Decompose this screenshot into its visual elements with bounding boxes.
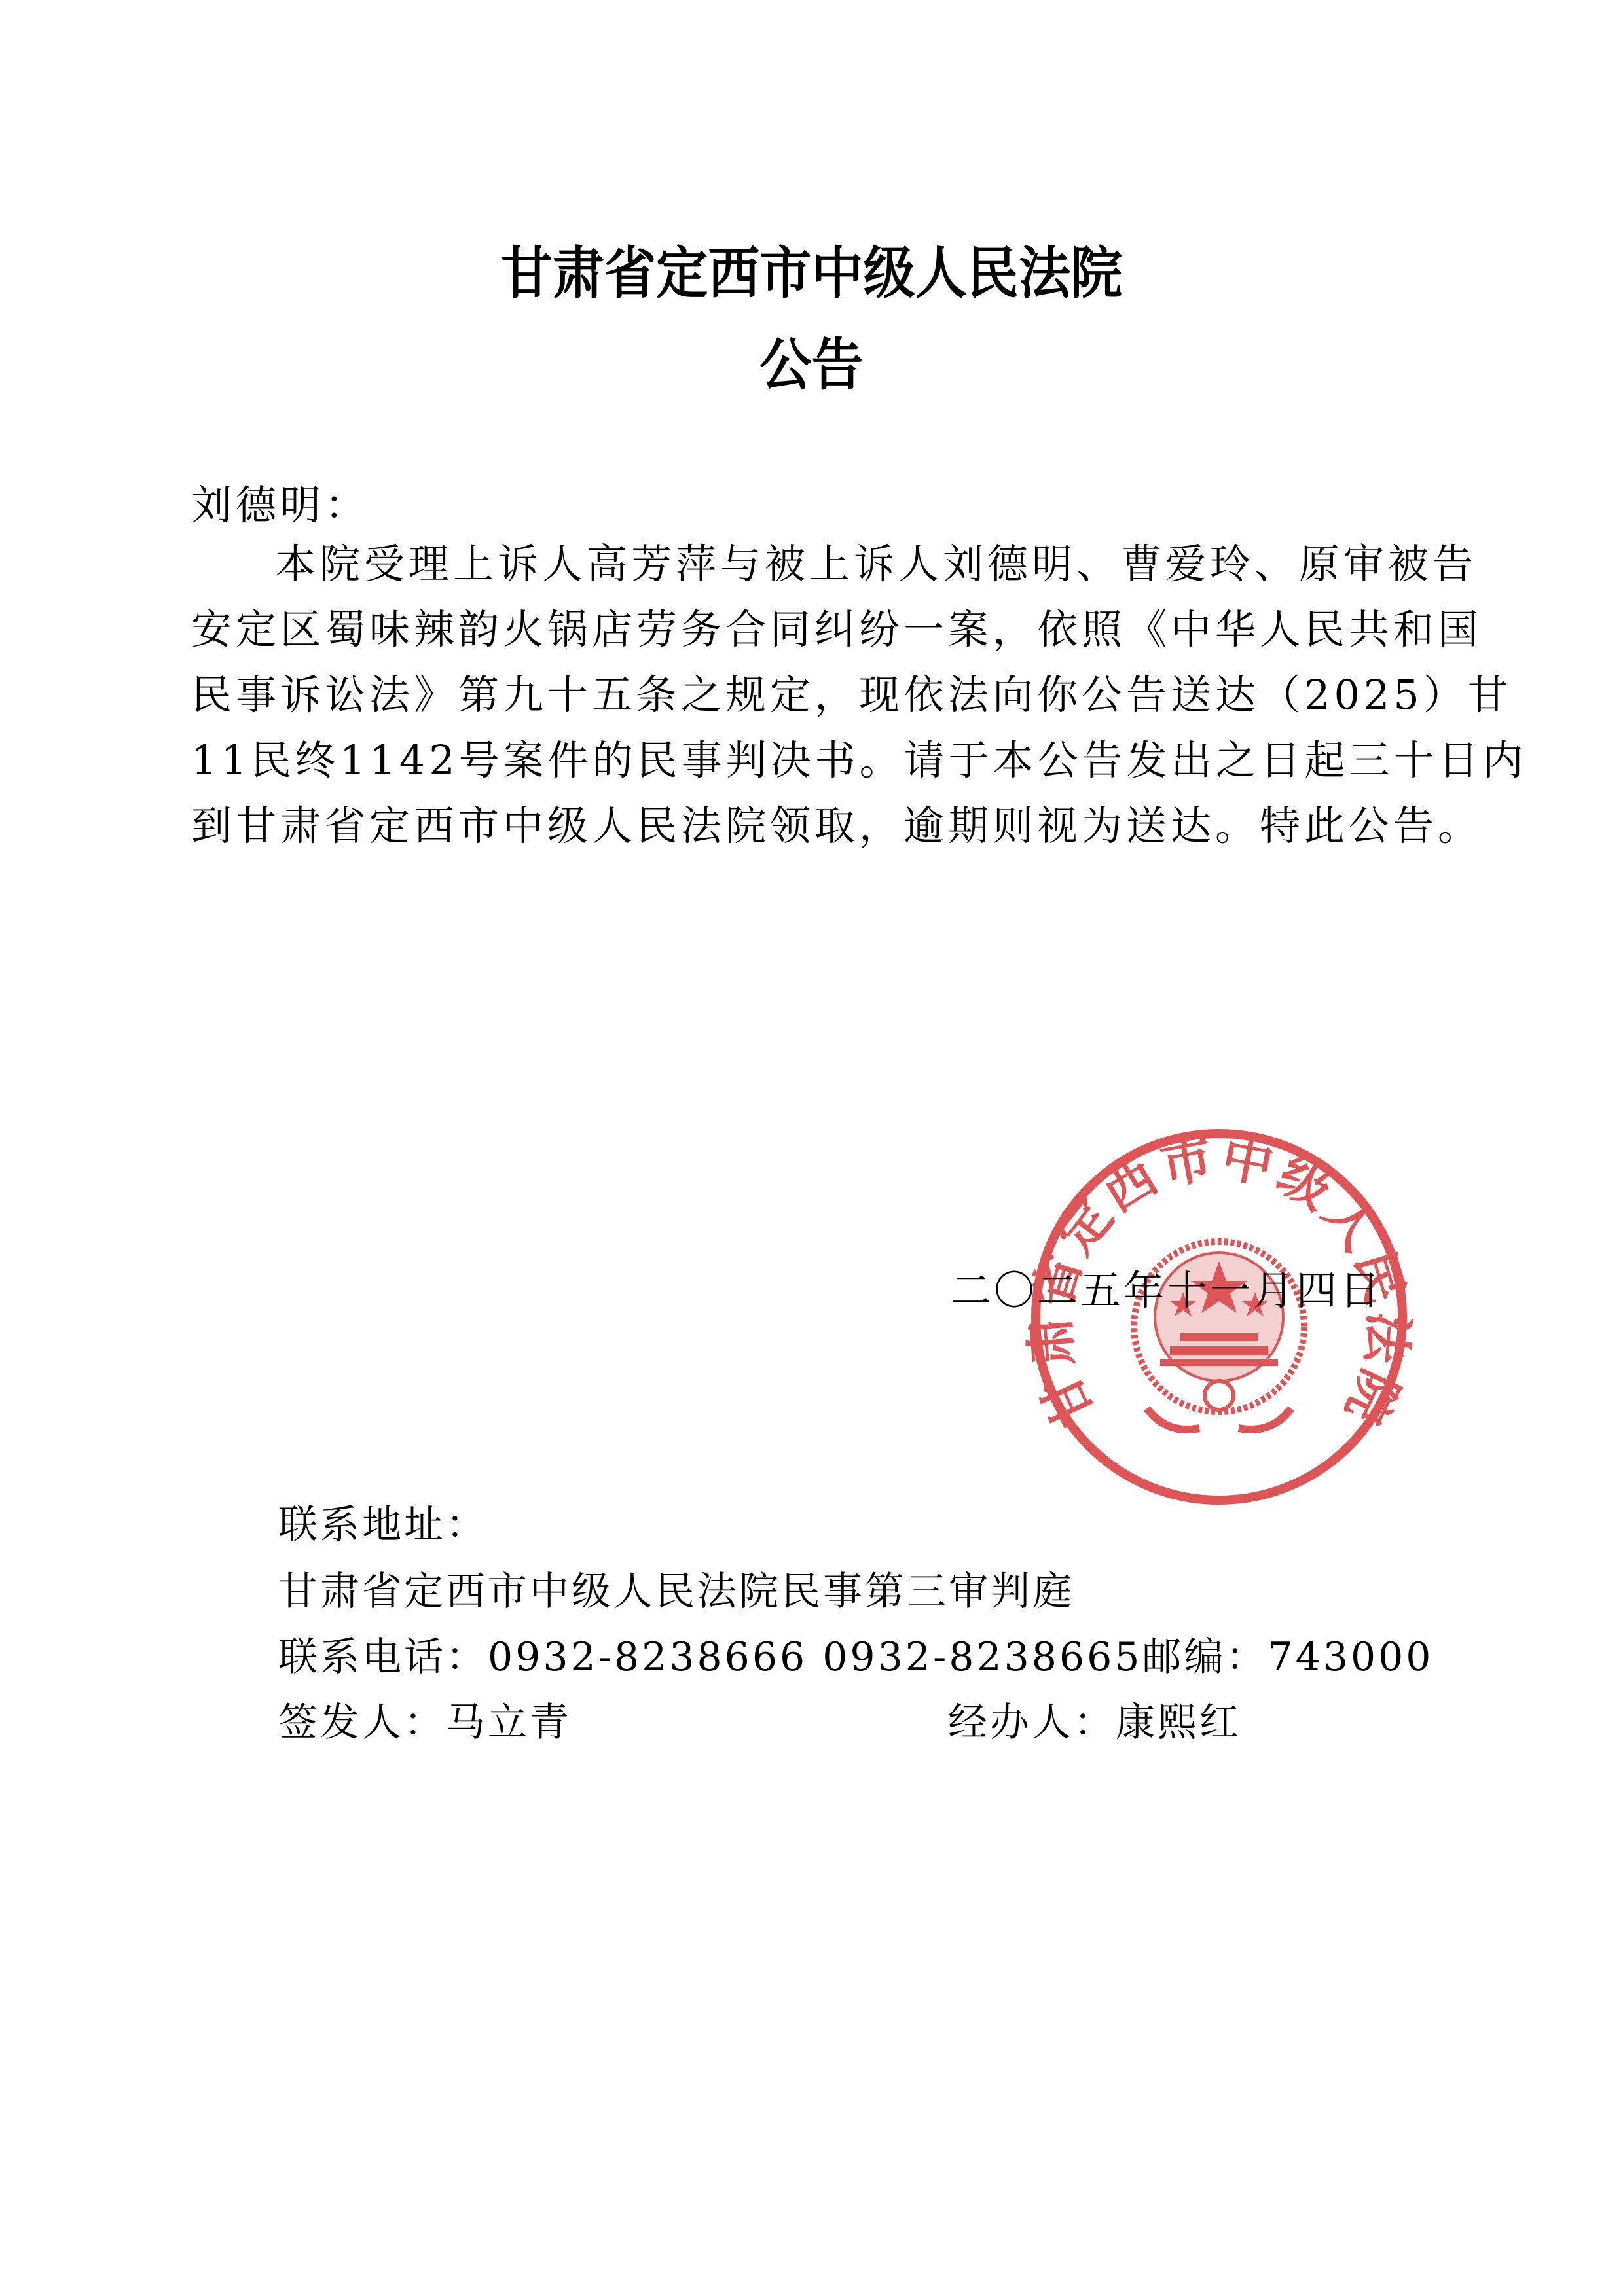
addressee: 刘德明： xyxy=(191,479,369,531)
body-line: 安定区蜀味辣韵火锅店劳务合同纠纷一案，依照《中华人民共和国 xyxy=(191,603,1482,656)
court-title: 甘肃省定西市中级人民法院 xyxy=(65,228,1558,309)
issuer: 签发人：马立青 xyxy=(278,1696,572,1749)
body-line: 民事诉讼法》第九十五条之规定，现依法向你公告送达（2025）甘 xyxy=(191,669,1512,721)
body-line: 11民终1142号案件的民事判决书。请于本公告发出之日起三十日内 xyxy=(191,734,1527,787)
issue-date: 二〇二五年十一月四日 xyxy=(951,1265,1383,1317)
court-seal-icon: 甘肃省定西市中级人民法院 xyxy=(1023,1121,1415,1513)
contact-address-label: 联系地址： xyxy=(278,1499,488,1551)
contact-phone: 联系电话：0932-8238666 0932-8238665邮编：743000 xyxy=(278,1631,1434,1683)
contact-address: 甘肃省定西市中级人民法院民事第三审判庭 xyxy=(278,1566,1074,1618)
body-line: 本院受理上诉人高芳萍与被上诉人刘德明、曹爱玲、原审被告 xyxy=(275,538,1477,590)
handler: 经办人：康熙红 xyxy=(948,1696,1241,1749)
notice-page: 甘肃省定西市中级人民法院 公告 刘德明： 本院受理上诉人高芳萍与被上诉人刘德明、… xyxy=(0,0,1623,2296)
body-line: 到甘肃省定西市中级人民法院领取，逾期则视为送达。特此公告。 xyxy=(191,800,1482,852)
document-type-title: 公告 xyxy=(65,319,1558,401)
